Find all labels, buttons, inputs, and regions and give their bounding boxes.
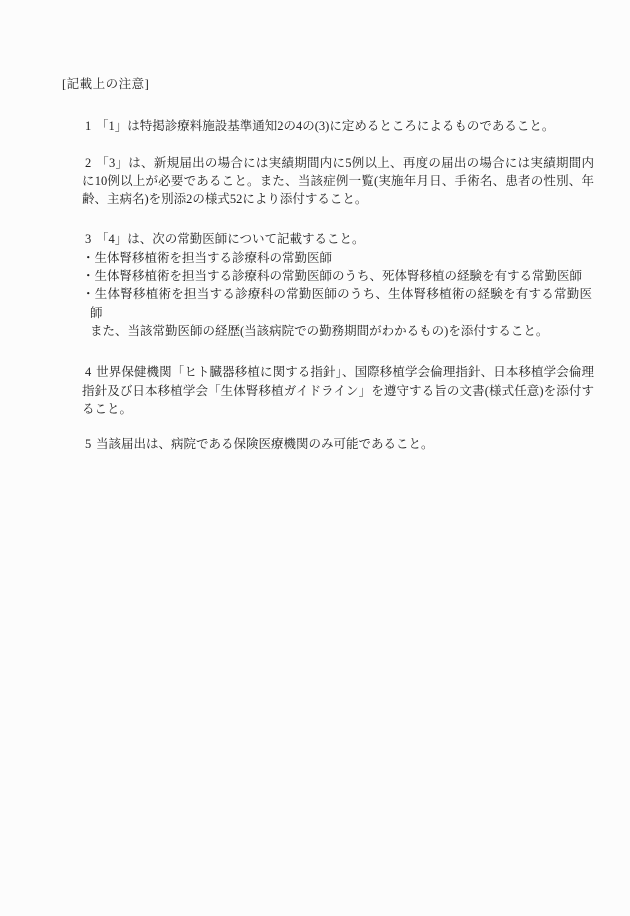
bullet-text: 生体腎移植術を担当する診療科の常勤医師のうち、死体腎移植の経験を有する常勤医師 [95,269,583,283]
page-title: [記載上の注意] [62,75,630,93]
item-text: 「3」は、新規届出の場合には実績期間内に5例以上、再度の届出の場合には実績期間内… [82,156,594,207]
item-text: 「4」は、次の常勤医師について記載すること。 [96,232,365,246]
bullet-icon: ・ [82,251,95,265]
bullet-item: ・生体腎移植術を担当する診療科の常勤医師のうち、生体腎移植術の経験を有する常勤医… [90,285,592,322]
bullet-item: ・生体腎移植術を担当する診療科の常勤医師のうち、死体腎移植の経験を有する常勤医師 [90,267,592,285]
item-lead: 3「4」は、次の常勤医師について記載すること。 [82,230,594,248]
bullet-text: 生体腎移植術を担当する診療科の常勤医師 [95,251,333,265]
note-item-3: 3「4」は、次の常勤医師について記載すること。 ・生体腎移植術を担当する診療科の… [0,230,630,340]
note-item-1: 1「1」は特掲診療料施設基準通知2の4の(3)に定めるところによるものであること… [82,117,594,135]
item-note: また、当該常勤医師の経歴(当該病院での勤務期間がわかるもの)を添付すること。 [90,322,592,340]
item-number: 4 [82,363,96,381]
note-item-4: 4世界保健機関「ヒト臓器移植に関する指針」、国際移植学会倫理指針、日本移植学会倫… [82,363,594,418]
item-text: 世界保健機関「ヒト臓器移植に関する指針」、国際移植学会倫理指針、日本移植学会倫理… [82,365,594,416]
item-number: 3 [82,230,96,248]
item-text: 当該届出は、病院である保険医療機関のみ可能であること。 [96,437,434,451]
item-number: 1 [82,117,96,135]
bullet-icon: ・ [82,287,95,301]
item-number: 5 [82,435,96,453]
note-item-5: 5当該届出は、病院である保険医療機関のみ可能であること。 [82,435,594,453]
bullet-icon: ・ [82,269,95,283]
document-page: [記載上の注意] 1「1」は特掲診療料施設基準通知2の4の(3)に定めるところに… [0,0,630,916]
bullet-text: 生体腎移植術を担当する診療科の常勤医師のうち、生体腎移植術の経験を有する常勤医師 [90,287,592,319]
bullet-list: ・生体腎移植術を担当する診療科の常勤医師 ・生体腎移植術を担当する診療科の常勤医… [0,249,630,322]
document-content: [記載上の注意] 1「1」は特掲診療料施設基準通知2の4の(3)に定めるところに… [0,0,630,453]
item-number: 2 [82,154,96,172]
note-item-2: 2「3」は、新規届出の場合には実績期間内に5例以上、再度の届出の場合には実績期間… [82,154,594,209]
bullet-item: ・生体腎移植術を担当する診療科の常勤医師 [90,249,592,267]
item-text: 「1」は特掲診療料施設基準通知2の4の(3)に定めるところによるものであること。 [96,119,554,133]
